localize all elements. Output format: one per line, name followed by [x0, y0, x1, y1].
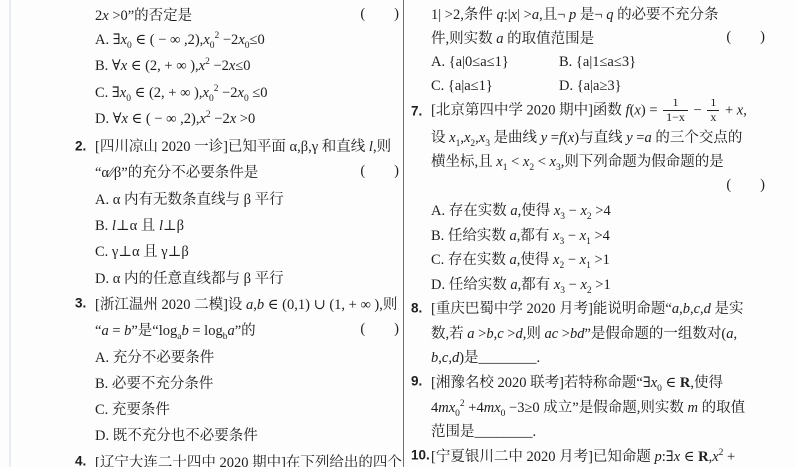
text-run: a [510, 203, 517, 219]
page-edge-line [9, 0, 11, 467]
line-text: [宁夏银川二中 2020 月考]已知命题 p:∃x ∈ R,x2 + [431, 445, 735, 466]
text-run: ∈ ( − ∞ ,2), [128, 111, 200, 127]
text-run: p [655, 449, 662, 465]
line-text: 2x >0”的否定是 [95, 4, 192, 25]
line-text: B. ∀x ∈ (2, + ∞ ),x2 −2x≤0 [95, 58, 251, 75]
line-text: 1| >2,条件 q:|x| >a,且¬ p 是¬ q 的必要不充分条 [431, 3, 719, 24]
problem-line: B. 任给实数 a,都有 x3 − x1 >4 [411, 222, 792, 247]
problem-line: 设 x1,x2,x3 是曲线 y =f(x)与直线 y =a 的三个交点的 [411, 124, 792, 149]
text-run: mx [438, 400, 455, 416]
text-run: C. ∃ [95, 85, 120, 101]
text-run: > [504, 326, 516, 342]
line-text: 横坐标,且 x1 < x2 < x3,则下列命题为假命题的是 [431, 150, 724, 171]
text-run: 横坐标,且 [431, 154, 496, 170]
problem-number: 10. [411, 448, 430, 463]
problem-line: b,c,d)是________. [411, 345, 792, 370]
problem-line: C. 存在实数 a,使得 x2 − x1 >1 [411, 246, 792, 271]
line-text: [湘豫名校 2020 联考]若特称命题“∃x0 ∈ R,使得 [431, 371, 723, 392]
text-run: 1| >2,条件 [431, 7, 496, 23]
text-run: >4 [591, 228, 610, 244]
text-run: ⊥β [163, 218, 184, 234]
text-run: a [467, 326, 474, 342]
problem-number: 8. [411, 300, 422, 315]
problem-line: A. 充分不必要条件 [75, 343, 402, 369]
problem-line: C. {a|a≤1}D. {a|a≥3} [411, 75, 792, 100]
text-run: b [486, 326, 493, 342]
text-run: 设 [431, 130, 449, 146]
line-text: C. 存在实数 a,使得 x2 − x1 >1 [431, 248, 610, 269]
line-text: C. ∃x0 ∈ (2, + ∞ ),x02 −2x0 ≤0 [95, 85, 268, 102]
text-run: [北京第四中学 2020 期中]函数 [431, 103, 626, 119]
text-run: | > [517, 7, 532, 23]
text-run: A. {a|0≤a≤1} [431, 54, 559, 71]
problem-line: 10.[宁夏银川二中 2020 月考]已知命题 p:∃x ∈ R,x2 + [411, 443, 792, 467]
problem-line: A. α 内有无数条直线与 β 平行 [75, 185, 402, 211]
problem-line: B. ∀x ∈ (2, + ∞ ),x2 −2x≤0 [75, 54, 402, 80]
text-run: + [721, 103, 736, 119]
text-run: “α∕∕β”的充分不必要条件是 [95, 165, 258, 181]
problem-line: 2.[四川凉山 2020 一诊]已知平面 α,β,γ 和直线 l,则 [75, 132, 402, 158]
text-run: C. {a|a≤1} [431, 78, 559, 95]
text-run: −2 [218, 85, 237, 101]
problem-line: C. γ⊥α 且 γ⊥β [75, 238, 402, 264]
answer-bracket: ( ) [726, 29, 765, 46]
text-run: ,则下列命题为假命题的是 [561, 154, 724, 170]
problem-line: C. ∃x0 ∈ (2, + ∞ ),x02 −2x0 ≤0 [75, 80, 402, 106]
line-text: [浙江温州 2020 二模]设 a,b ∈ (0,1) ∪ (1, + ∞ ),… [95, 293, 397, 314]
text-run: ,则 [373, 139, 391, 155]
text-run: [湘豫名校 2020 联考]若特称命题“∃ [431, 375, 651, 391]
problem-line: ( ) [411, 173, 792, 198]
text-run: ”是“log [131, 323, 177, 339]
text-run: ∈ (2, + ∞ ), [127, 58, 199, 74]
text-run: ⊥α 且 [116, 218, 159, 234]
text-run: A. α 内有无数条直线与 β 平行 [95, 192, 284, 208]
text-run: mx [484, 400, 501, 416]
answer-bracket: ( ) [726, 177, 765, 194]
line-text: C. {a|a≤1}D. {a|a≥3} [431, 78, 622, 95]
line-text: [辽宁大连二十四中 2020 期中]在下列给出的四个命 [95, 451, 402, 467]
text-run: C. 存在实数 [431, 252, 510, 268]
text-run: a [532, 7, 539, 23]
line-text: 范围是________. [431, 420, 536, 441]
right-column: 1| >2,条件 q:|x| >a,且¬ p 是¬ q 的必要不充分条件,则实数… [411, 0, 792, 467]
text-run: 数,若 [431, 326, 467, 342]
text-run: ,使得 [518, 203, 554, 219]
line-text: D. ∀x ∈ ( − ∞ ,2),x2 −2x >0 [95, 111, 255, 128]
line-text: 4mx02 +4mx0 −3≥0 成立”是假命题,则实数 m 的取值 [431, 396, 745, 417]
text-run: < [534, 154, 549, 170]
problem-line: 横坐标,且 x1 < x2 < x3,则下列命题为假命题的是 [411, 148, 792, 173]
text-run: a [227, 323, 234, 339]
text-run: [宁夏银川二中 2020 月考]已知命题 [431, 449, 655, 465]
text-run: a [510, 228, 517, 244]
text-run: > [475, 326, 487, 342]
problem-line: C. 充要条件 [75, 395, 402, 421]
problem-line: 数,若 a >b,c >d,则 ac >bd”是假命题的一组数对(a, [411, 320, 792, 345]
text-run: ,都有 [517, 228, 553, 244]
text-run: < [507, 154, 522, 170]
problem-line: D. 既不充分也不必要条件 [75, 422, 402, 448]
problem-line: B. 必要不充分条件 [75, 369, 402, 395]
answer-bracket: ( ) [360, 163, 399, 180]
text-run: R [698, 449, 708, 465]
text-run: − [565, 203, 580, 219]
problem-number: 4. [75, 454, 86, 467]
text-run: [浙江温州 2020 二模]设 [95, 297, 246, 313]
text-run: )是________. [459, 350, 540, 366]
text-run: ,使得 [690, 375, 723, 391]
text-run: a [672, 301, 679, 317]
text-run: bd [570, 326, 585, 342]
text-run: ,则 [523, 326, 545, 342]
text-run: ac [544, 326, 558, 342]
column-divider [403, 0, 404, 467]
text-run: 是曲线 [490, 130, 541, 146]
answer-bracket: ( ) [360, 6, 399, 23]
text-run: 的取值 [698, 400, 745, 416]
exam-page: 2x >0”的否定是( )A. ∃x0 ∈ ( − ∞ ,2),x02 −2x0… [0, 0, 796, 467]
text-run: C. 充要条件 [95, 402, 170, 418]
problem-line: B. l⊥α 且 l⊥β [75, 211, 402, 237]
line-text: “α∕∕β”的充分不必要条件是 [95, 161, 258, 182]
text-run: ≤0 [235, 58, 250, 74]
text-run: − [564, 228, 579, 244]
text-run: = log [189, 323, 223, 339]
text-run: − [565, 277, 580, 293]
text-run: A. 存在实数 [431, 203, 510, 219]
text-run: ≤0 [249, 85, 268, 101]
text-run: ,且¬ [539, 7, 569, 23]
text-run: B. ∀ [95, 58, 121, 74]
text-run: a [496, 31, 503, 47]
text-run: 范围是________. [431, 424, 536, 440]
text-run: D. 任给实数 [431, 277, 510, 293]
text-run: B. {a|1≤a≤3} [559, 54, 636, 70]
text-run: D. {a|a≥3} [559, 78, 622, 94]
line-text: A. 存在实数 a,使得 x3 − x2 >4 [431, 199, 611, 220]
text-run: >1 [592, 277, 611, 293]
line-text: B. 必要不充分条件 [95, 372, 213, 393]
problem-line: 1| >2,条件 q:|x| >a,且¬ p 是¬ q 的必要不充分条 [411, 1, 792, 26]
text-run: − [690, 103, 705, 119]
problem-number: 7. [411, 104, 422, 119]
text-run: −2 [219, 32, 238, 48]
line-text: [北京第四中学 2020 期中]函数 f(x) = 11−x − 1x + x, [431, 99, 747, 124]
text-run: >4 [592, 203, 611, 219]
text-run: d [515, 326, 522, 342]
text-run: [重庆巴蜀中学 2020 月考]能说明命题“ [431, 301, 672, 317]
left-column: 2x >0”的否定是( )A. ∃x0 ∈ ( − ∞ ,2),x02 −2x0… [75, 0, 402, 467]
fraction: 11−x [663, 99, 688, 124]
line-text: A. ∃x0 ∈ ( − ∞ ,2),x02 −2x0≤0 [95, 32, 265, 49]
text-run: ∈ ( − ∞ ,2), [132, 32, 204, 48]
problem-line: 件,则实数 a 的取值范围是( ) [411, 26, 792, 51]
subscript: 0 [209, 93, 214, 103]
text-run: −2 [211, 111, 230, 127]
text-run: B. 任给实数 [431, 228, 510, 244]
text-run: >0”的否定是 [109, 8, 193, 24]
text-run: ”是假命题的一组数对( [584, 326, 726, 342]
text-run: ) = [641, 103, 661, 119]
line-text: 设 x1,x2,x3 是曲线 y =f(x)与直线 y =a 的三个交点的 [431, 126, 742, 147]
text-run: ,使得 [517, 252, 553, 268]
text-run: >0 [236, 111, 255, 127]
text-run: 的取值范围是 [504, 31, 595, 47]
line-text: 数,若 a >b,c >d,则 ac >bd”是假命题的一组数对(a, [431, 322, 737, 343]
text-run: 是实 [711, 301, 744, 317]
text-run: R [680, 375, 690, 391]
problem-line: 2x >0”的否定是( ) [75, 1, 402, 27]
problem-line: D. 任给实数 a,都有 x3 − x2 >1 [411, 271, 792, 296]
text-run: C. γ⊥α 且 γ⊥β [95, 244, 189, 260]
line-text: A. 充分不必要条件 [95, 346, 214, 367]
problem-number: 2. [75, 138, 86, 153]
text-run: ∈ (0,1) ∪ (1, + ∞ ),则 [264, 297, 397, 313]
problem-line: A. 存在实数 a,使得 x3 − x2 >4 [411, 197, 792, 222]
line-text: C. 充要条件 [95, 398, 170, 419]
text-run: b [182, 323, 189, 339]
text-run: a [510, 252, 517, 268]
text-run: A. 充分不必要条件 [95, 350, 214, 366]
text-run: [辽宁大连二十四中 2020 期中]在下列给出的四个命 [95, 455, 402, 467]
line-text: D. α 内的任意直线都与 β 平行 [95, 267, 284, 288]
subscript: 0 [210, 41, 215, 51]
text-run: 件,则实数 [431, 31, 496, 47]
line-text: D. 既不充分也不必要条件 [95, 424, 258, 445]
text-run: > [558, 326, 570, 342]
line-text: A. {a|0≤a≤1}B. {a|1≤a≤3} [431, 54, 636, 71]
text-run: m [687, 400, 697, 416]
text-run: >1 [591, 252, 610, 268]
text-run: d [704, 301, 711, 317]
text-run: ≤0 [250, 32, 265, 48]
text-run: +4 [465, 400, 484, 416]
problem-line: “a = b”是“logab = logba”的( ) [75, 317, 402, 343]
line-text: D. 任给实数 a,都有 x3 − x2 >1 [431, 273, 611, 294]
problem-line: 9.[湘豫名校 2020 联考]若特称命题“∃x0 ∈ R,使得 [411, 369, 792, 394]
text-run: :∃ [662, 449, 674, 465]
text-run: + [723, 449, 735, 465]
text-run: a [510, 277, 517, 293]
problem-line: 8.[重庆巴蜀中学 2020 月考]能说明命题“a,b,c,d 是实 [411, 296, 792, 321]
subscript: 0 [455, 408, 460, 418]
problem-line: 范围是________. [411, 418, 792, 443]
problem-line: A. ∃x0 ∈ ( − ∞ ,2),x02 −2x0≤0 [75, 27, 402, 53]
line-text: A. α 内有无数条直线与 β 平行 [95, 188, 284, 209]
text-run: ∈ [662, 375, 680, 391]
line-text: 件,则实数 a 的取值范围是 [431, 27, 594, 48]
text-run: D. ∀ [95, 111, 121, 127]
text-run: D. 既不充分也不必要条件 [95, 428, 258, 444]
text-run: , [743, 103, 747, 119]
line-text: B. 任给实数 a,都有 x3 − x1 >4 [431, 224, 610, 245]
problem-line: 4mx02 +4mx0 −3≥0 成立”是假命题,则实数 m 的取值 [411, 394, 792, 419]
text-run: −3≥0 成立”是假命题,则实数 [505, 400, 687, 416]
text-run: ”的 [235, 323, 256, 339]
line-text: B. l⊥α 且 l⊥β [95, 214, 184, 235]
problem-line: D. ∀x ∈ ( − ∞ ,2),x2 −2x >0 [75, 106, 402, 132]
text-run: − [564, 252, 579, 268]
line-text: [四川凉山 2020 一诊]已知平面 α,β,γ 和直线 l,则 [95, 135, 391, 156]
text-run: = [547, 130, 559, 146]
text-run: 是¬ [576, 7, 606, 23]
text-run: ,都有 [518, 277, 554, 293]
problem-line: 3.[浙江温州 2020 二模]设 a,b ∈ (0,1) ∪ (1, + ∞ … [75, 290, 402, 316]
problem-number: 9. [411, 374, 422, 389]
problem-line: 4.[辽宁大连二十四中 2020 期中]在下列给出的四个命 [75, 448, 402, 467]
answer-bracket: ( ) [360, 321, 399, 338]
text-run: :| [504, 7, 511, 23]
line-text: b,c,d)是________. [431, 346, 540, 367]
fraction: 1x [707, 99, 719, 124]
text-run: , [733, 326, 737, 342]
line-text: C. γ⊥α 且 γ⊥β [95, 240, 189, 261]
text-run: )与直线 [574, 130, 626, 146]
text-run: B. 必要不充分条件 [95, 376, 213, 392]
text-run: [四川凉山 2020 一诊]已知平面 α,β,γ 和直线 [95, 139, 369, 155]
text-run: 的三个交点的 [652, 130, 743, 146]
text-run: ∈ (2, + ∞ ), [131, 85, 203, 101]
line-text: [重庆巴蜀中学 2020 月考]能说明命题“a,b,c,d 是实 [431, 297, 744, 318]
problem-line: D. α 内的任意直线都与 β 平行 [75, 264, 402, 290]
problem-line: A. {a|0≤a≤1}B. {a|1≤a≤3} [411, 50, 792, 75]
text-run: = [633, 130, 645, 146]
text-run: B. [95, 218, 112, 234]
text-run: b [683, 301, 690, 317]
text-run: a [101, 323, 108, 339]
text-run: a [644, 130, 651, 146]
text-run: 的必要不充分条 [613, 7, 718, 23]
text-run: −2 [210, 58, 229, 74]
text-run: ∈ [680, 449, 698, 465]
problem-line: 7.[北京第四中学 2020 期中]函数 f(x) = 11−x − 1x + … [411, 99, 792, 124]
text-run: A. ∃ [95, 32, 121, 48]
text-run: = [109, 323, 124, 339]
text-run: q [496, 7, 503, 23]
problem-line: “α∕∕β”的充分不必要条件是( ) [75, 159, 402, 185]
line-text: “a = b”是“logab = logba”的 [95, 319, 256, 340]
problem-number: 3. [75, 296, 86, 311]
text-run: D. α 内的任意直线都与 β 平行 [95, 271, 284, 287]
